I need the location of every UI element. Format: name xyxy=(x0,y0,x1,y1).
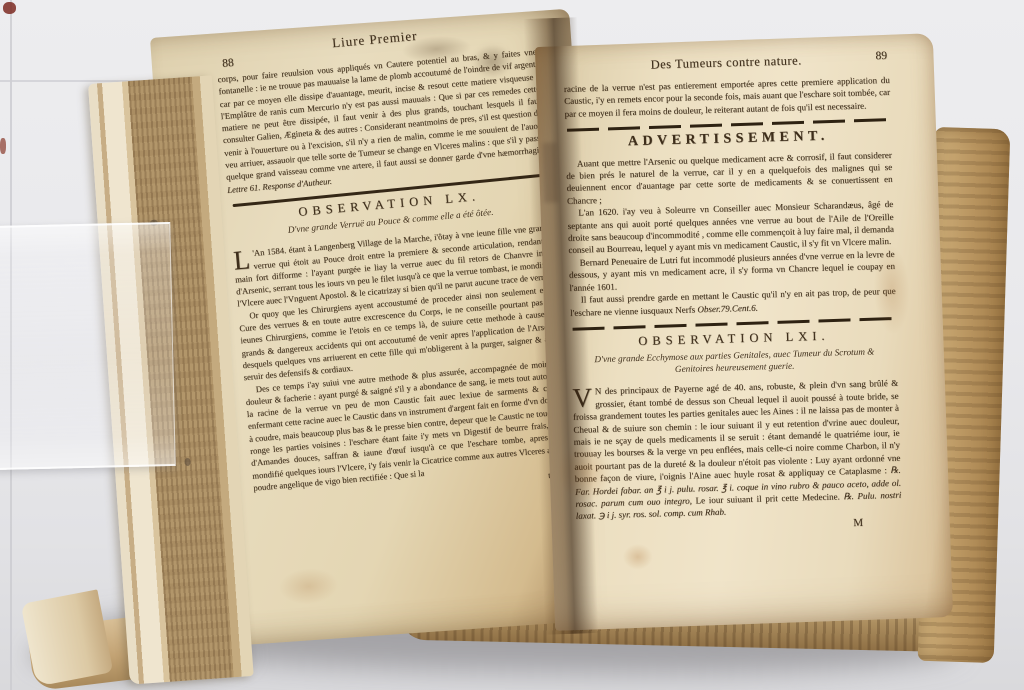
right-page-text-block: Des Tumeurs contre nature. 89 racine de … xyxy=(563,48,902,537)
right-page: Des Tumeurs contre nature. 89 racine de … xyxy=(535,33,953,631)
advertissement-paragraph-2: L'an 1620. i'ay veu à Soleurre vn Consei… xyxy=(567,198,894,257)
advertissement-reference: Obser.79.Cent.6. xyxy=(697,302,758,314)
observation-lxi-text-1: N des principaux de Payerne agé de 40. a… xyxy=(573,378,901,484)
foxing-spot xyxy=(277,566,339,606)
advertissement-title: ADVERTISSEMENT. xyxy=(565,129,891,151)
right-running-title: Des Tumeurs contre nature. xyxy=(563,52,889,74)
observation-lxi-subtitle: D'vne grande Ecchymose aux parties Genit… xyxy=(577,345,892,378)
right-page-number: 89 xyxy=(875,50,887,63)
foxing-spot xyxy=(622,543,653,570)
red-spine-speck xyxy=(3,2,16,14)
observation-lxi-text-2: Le iour suiuant il prit cette Medecine. xyxy=(692,491,844,505)
drop-cap-L: L xyxy=(232,247,253,272)
red-spine-speck xyxy=(0,138,6,154)
acrylic-stand xyxy=(0,222,176,470)
drop-cap-V: V xyxy=(572,386,595,410)
observation-lxi-paragraph: VN des principaux de Payerne agé de 40. … xyxy=(572,377,902,523)
advertissement-paragraph-1: Auant que mettre l'Arsenic ou quelque me… xyxy=(566,149,893,208)
left-page-text-block: 88 Liure Premier corps, pour faire reuul… xyxy=(215,20,574,508)
curled-page-corner xyxy=(21,589,114,686)
gutter-smear xyxy=(542,142,558,202)
